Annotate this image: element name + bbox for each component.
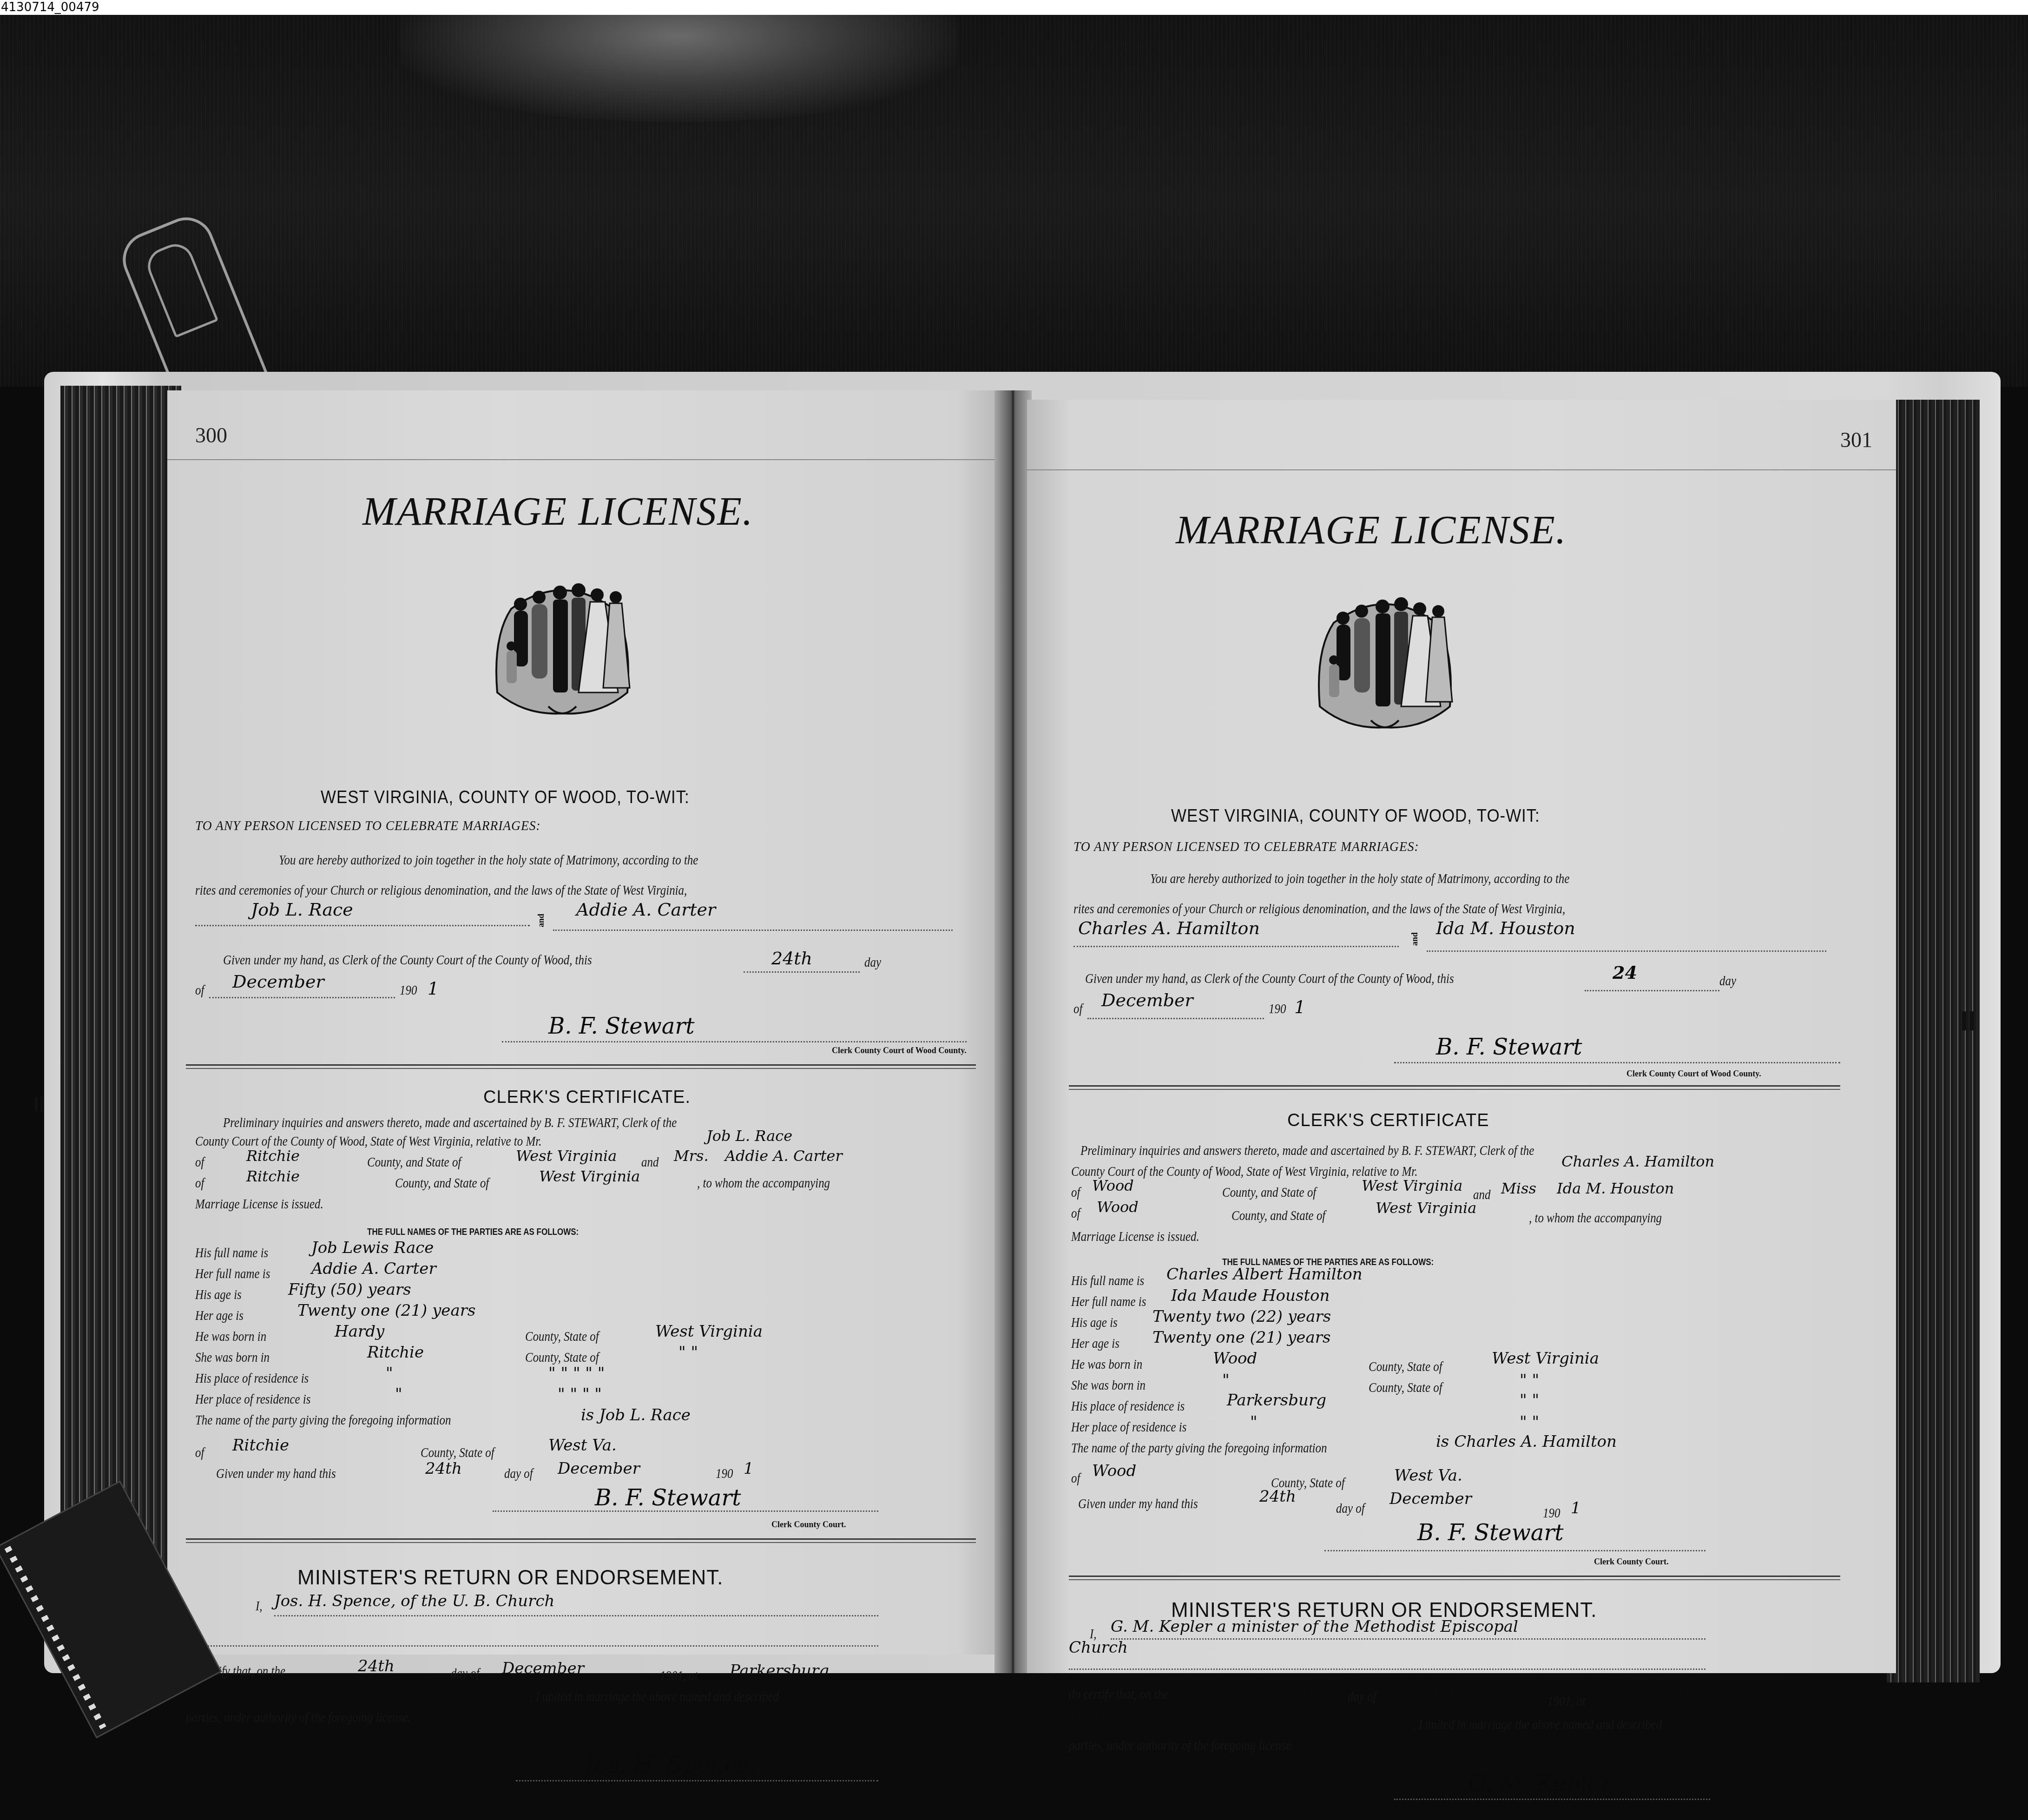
- salutation: TO ANY PERSON LICENSED TO CELEBRATE MARR…: [1073, 839, 1419, 855]
- field-value: Hardy: [335, 1322, 384, 1341]
- county-state-label-2: County, and State of: [1231, 1208, 1325, 1224]
- his-state: West Virginia: [1362, 1177, 1462, 1194]
- clerk-title: Clerk County Court of Wood County.: [1626, 1069, 1761, 1079]
- groom-name: Job L. Race: [251, 899, 353, 920]
- place: Parkersburg,: [730, 1662, 834, 1680]
- issued-text: Marriage License is issued.: [195, 1197, 323, 1212]
- given-day: 24th: [1259, 1487, 1296, 1506]
- minister-line-2: Church: [1069, 1638, 1128, 1657]
- clerk-title-2: Clerk County Court.: [1594, 1557, 1669, 1567]
- field-value-2: " ": [1520, 1371, 1539, 1390]
- given-year-suffix: 1: [1571, 1499, 1581, 1517]
- field-value: Twenty two (22) years: [1152, 1307, 1331, 1326]
- field-value: Ritchie: [367, 1343, 424, 1362]
- given-label: Given under my hand this: [1078, 1497, 1198, 1512]
- informant-label: The name of the party giving the foregoi…: [195, 1413, 451, 1428]
- authority-text: parties, under authority of the foregoin…: [186, 1710, 411, 1726]
- minister-line-rule-2: [186, 1645, 878, 1647]
- to-whom-text: , to whom the accompanying: [1529, 1211, 1662, 1226]
- year-text: 1901, at: [660, 1668, 698, 1684]
- mr-name: Job L. Race: [706, 1127, 792, 1145]
- day-of-label-2: day of: [1348, 1689, 1376, 1705]
- field-value-2: " " " ": [558, 1385, 602, 1404]
- divider: [1027, 469, 1896, 470]
- to-whom-text: , to whom the accompanying: [697, 1176, 830, 1191]
- page-title: MARRIAGE LICENSE.: [362, 488, 753, 534]
- informant-label: The name of the party giving the foregoi…: [1071, 1441, 1327, 1456]
- certify-label: do certify that, on the: [1069, 1687, 1168, 1702]
- minister-line-rule-2: [1069, 1668, 1705, 1670]
- page-number: 300: [195, 423, 227, 448]
- bride-name: Addie A. Carter: [576, 899, 716, 920]
- mr-name: Charles A. Hamilton: [1561, 1153, 1714, 1170]
- field-value-2: West Virginia: [655, 1322, 763, 1341]
- page-edges-right: [1887, 400, 1980, 1682]
- bride-name: Ida M. Houston: [1436, 918, 1575, 938]
- day-label: day: [1719, 974, 1736, 989]
- ledger-top-stain: [400, 15, 957, 122]
- place-2: W. Va.,: [1069, 1706, 1122, 1724]
- clerk-signature-2: B. F. Stewart: [1417, 1520, 1564, 1546]
- field-label: His age is: [1071, 1315, 1118, 1331]
- field-value: Twenty one (21) years: [1152, 1328, 1330, 1347]
- license-month: December: [232, 971, 324, 992]
- authority-text: parties, under authority of the foregoin…: [1069, 1738, 1294, 1754]
- county-state-label: County, and State of: [367, 1155, 461, 1170]
- bride-line: [553, 930, 953, 931]
- given-year-prefix: 190: [1543, 1506, 1560, 1521]
- page-300: 300 MARRIAGE LICENSE. WEST VIRGINIA, COU…: [167, 390, 999, 1655]
- field-value: ": [395, 1385, 402, 1404]
- wedding-engraving-icon: [483, 553, 641, 720]
- her-name: Addie A. Carter: [725, 1147, 843, 1165]
- informant-name: is Charles A. Hamilton: [1436, 1432, 1617, 1451]
- state-header: WEST VIRGINIA, COUNTY OF WOOD, TO-WIT:: [321, 788, 690, 808]
- divider: [167, 459, 999, 460]
- field-value-2: " ": [1520, 1413, 1539, 1431]
- minister-line: G. M. Kepler a minister of the Methodist…: [1111, 1617, 1518, 1636]
- county-state-label-2: County, and State of: [395, 1176, 489, 1191]
- state-header: WEST VIRGINIA, COUNTY OF WOOD, TO-WIT:: [1171, 806, 1540, 826]
- field-label: Her full name is: [195, 1266, 270, 1282]
- field-label: His full name is: [195, 1246, 268, 1261]
- spine-mark-left: II: [33, 1093, 45, 1116]
- clerk-title-2: Clerk County Court.: [771, 1520, 846, 1530]
- minister-signature-line: [516, 1780, 878, 1781]
- month-line: [1087, 1018, 1264, 1019]
- issued-text: Marriage License is issued.: [1071, 1229, 1199, 1245]
- year-text: 1901, at: [1547, 1694, 1586, 1709]
- of-label: of: [1073, 1002, 1082, 1017]
- given-month: December: [558, 1459, 640, 1478]
- parties-heading: THE FULL NAMES OF THE PARTIES ARE AS FOL…: [367, 1227, 579, 1238]
- field-mid-label: County, State of: [1369, 1359, 1442, 1375]
- field-value-2: " ": [678, 1343, 698, 1362]
- i-label: I,: [256, 1599, 263, 1614]
- place: Parkersburg,: [1617, 1685, 1722, 1703]
- field-label: Her full name is: [1071, 1294, 1146, 1310]
- his-county: Ritchie: [246, 1147, 300, 1165]
- groom-line: [195, 925, 530, 926]
- field-mid-label: County, State of: [525, 1329, 599, 1345]
- minister-signature: Jos. H. Spence,: [586, 1752, 757, 1778]
- page-title: MARRIAGE LICENSE.: [1176, 507, 1567, 553]
- page-301: 301 MARRIAGE LICENSE. WEST VIRGINIA, COU…: [1027, 400, 1896, 1673]
- given-year-suffix: 1: [744, 1459, 754, 1478]
- license-text-line-2: rites and ceremonies of your Church or r…: [195, 883, 687, 898]
- background-cloth: [0, 15, 2028, 387]
- county-state-label: County, and State of: [1222, 1185, 1316, 1200]
- section-divider-2: [1069, 1576, 1840, 1580]
- field-value: Fifty (50) years: [288, 1280, 411, 1299]
- signature-line: [1394, 1062, 1840, 1063]
- united-text: , I united in marriage the above named a…: [1413, 1717, 1662, 1733]
- license-text-line-2: rites and ceremonies of your Church or r…: [1073, 902, 1565, 917]
- minister-signature: G. M. Kepler,: [1468, 1771, 1616, 1797]
- clerk-signature: B. F. Stewart: [548, 1013, 695, 1039]
- informant-state-label: County, State of: [421, 1445, 494, 1461]
- field-value: Ida Maude Houston: [1171, 1286, 1330, 1305]
- her-title: Mrs.: [674, 1147, 709, 1165]
- informant-county: Ritchie: [232, 1436, 289, 1455]
- field-label: Her place of residence is: [195, 1392, 310, 1407]
- and-label: and: [536, 914, 546, 927]
- section-divider: [186, 1064, 976, 1069]
- given-label: Given under my hand this: [216, 1466, 336, 1482]
- informant-name: is Job L. Race: [581, 1406, 691, 1424]
- of-label: of: [195, 983, 204, 998]
- minister-day: twenty fourth: [1204, 1680, 1313, 1699]
- salutation: TO ANY PERSON LICENSED TO CELEBRATE MARR…: [195, 818, 541, 834]
- minister-day: 24th: [358, 1657, 395, 1675]
- field-value: Charles Albert Hamilton: [1166, 1265, 1363, 1284]
- year-suffix: 1: [428, 978, 439, 999]
- day-line: [1585, 990, 1719, 991]
- given-month: December: [1389, 1490, 1472, 1508]
- clerk-signature: B. F. Stewart: [1436, 1034, 1582, 1060]
- his-state: West Virginia: [516, 1147, 617, 1165]
- field-value: ": [1222, 1371, 1230, 1390]
- of-label-2: of: [1071, 1206, 1080, 1221]
- page-number: 301: [1840, 428, 1872, 452]
- field-value-2: West Virginia: [1492, 1349, 1599, 1368]
- given-under-hand-text: Given under my hand, as Clerk of the Cou…: [1085, 971, 1454, 987]
- day-of-label: day of: [1336, 1501, 1365, 1517]
- license-day: 24: [1613, 962, 1637, 983]
- field-label: Her age is: [195, 1308, 244, 1324]
- clerk-title: Clerk County Court of Wood County.: [832, 1046, 967, 1055]
- signature-line-2: [1324, 1550, 1705, 1551]
- field-value: Wood: [1213, 1349, 1257, 1368]
- field-value: ": [1250, 1413, 1258, 1431]
- license-text-line-1: You are hereby authorized to join togeth…: [279, 853, 698, 868]
- field-value-2: " ": [1520, 1391, 1539, 1410]
- minister-month: December: [1394, 1682, 1476, 1701]
- groom-name: Charles A. Hamilton: [1078, 918, 1260, 938]
- her-title: Miss: [1501, 1180, 1536, 1197]
- of-label: of: [1071, 1185, 1080, 1200]
- minister-line-rule: [1111, 1638, 1705, 1640]
- year-prefix: 190: [1269, 1002, 1286, 1017]
- united-text: , I united in marriage the above named a…: [530, 1689, 779, 1705]
- field-label: His full name is: [1071, 1273, 1144, 1289]
- field-label: She was born in: [1071, 1378, 1146, 1393]
- field-value: Twenty one (21) years: [297, 1301, 475, 1320]
- minister-heading: MINISTER'S RETURN OR ENDORSEMENT.: [297, 1566, 724, 1589]
- minister-line: Jos. H. Spence, of the U. B. Church: [274, 1592, 554, 1610]
- field-label: His place of residence is: [195, 1371, 309, 1386]
- field-label: Her place of residence is: [1071, 1420, 1186, 1435]
- informant-state: West Va.: [548, 1436, 617, 1455]
- and-label: and: [1410, 932, 1420, 946]
- section-divider: [1069, 1085, 1840, 1090]
- book-gutter: [994, 390, 1032, 1673]
- given-year-prefix: 190: [716, 1466, 733, 1482]
- her-state: West Virginia: [539, 1167, 640, 1185]
- field-value: Job Lewis Race: [311, 1239, 434, 1257]
- image-id-caption: 4130714_00479: [0, 0, 2028, 15]
- field-label: He was born in: [195, 1329, 266, 1345]
- year-prefix: 190: [400, 983, 417, 998]
- signature-line: [502, 1041, 967, 1042]
- year-suffix: 1: [1294, 997, 1305, 1017]
- clerk-signature-2: B. F. Stewart: [595, 1485, 741, 1511]
- clerk-certificate-heading: CLERK'S CERTIFICATE: [1287, 1111, 1489, 1131]
- field-label: He was born in: [1071, 1357, 1142, 1372]
- of-label: of: [195, 1155, 204, 1170]
- day-of-label-2: day of: [451, 1666, 480, 1682]
- license-month: December: [1101, 990, 1193, 1010]
- her-name: Ida M. Houston: [1557, 1180, 1674, 1197]
- day-label: day: [864, 955, 881, 970]
- day-of-label: day of: [504, 1466, 533, 1482]
- bride-line: [1427, 950, 1826, 952]
- field-mid-label: County, State of: [1369, 1380, 1442, 1396]
- of-label-3: of: [195, 1445, 204, 1461]
- field-label: His age is: [195, 1287, 242, 1303]
- her-state: West Virginia: [1376, 1199, 1476, 1217]
- clerk-text-line-1: Preliminary inquiries and answers theret…: [223, 1115, 677, 1131]
- of-label-2: of: [195, 1176, 204, 1191]
- month-line: [209, 997, 395, 998]
- section-divider-2: [186, 1538, 976, 1543]
- wedding-engraving-icon: [1306, 567, 1464, 734]
- field-mid-label: County, State of: [525, 1350, 599, 1365]
- spine-mark-right: II: [1960, 1005, 1975, 1037]
- license-text-line-1: You are hereby authorized to join togeth…: [1150, 871, 1569, 887]
- page-edges-left: [60, 386, 181, 1659]
- her-county: Ritchie: [246, 1167, 300, 1185]
- minister-month: December: [502, 1659, 584, 1678]
- minister-line-rule: [274, 1615, 878, 1616]
- given-day: 24th: [425, 1459, 462, 1478]
- field-value: Addie A. Carter: [311, 1259, 436, 1278]
- clerk-certificate-heading: CLERK'S CERTIFICATE.: [483, 1088, 691, 1108]
- field-label: Her age is: [1071, 1336, 1119, 1352]
- groom-line: [1073, 946, 1399, 947]
- field-label: His place of residence is: [1071, 1399, 1185, 1414]
- and-label: and: [641, 1155, 658, 1170]
- informant-county: Wood: [1092, 1462, 1136, 1480]
- field-value: ": [386, 1364, 393, 1383]
- day-line: [744, 971, 860, 973]
- clerk-text-line-1: Preliminary inquiries and answers theret…: [1080, 1143, 1534, 1159]
- field-value-2: " " " " ": [548, 1364, 605, 1383]
- minister-signature-line: [1394, 1799, 1710, 1800]
- field-value: Parkersburg: [1227, 1391, 1326, 1410]
- license-day: 24th: [771, 948, 812, 969]
- his-county: Wood: [1092, 1177, 1134, 1194]
- field-label: She was born in: [195, 1350, 270, 1365]
- informant-state: West Va.: [1394, 1466, 1462, 1485]
- her-county: Wood: [1097, 1198, 1139, 1216]
- given-under-hand-text: Given under my hand, as Clerk of the Cou…: [223, 953, 592, 968]
- of-label-3: of: [1071, 1471, 1080, 1486]
